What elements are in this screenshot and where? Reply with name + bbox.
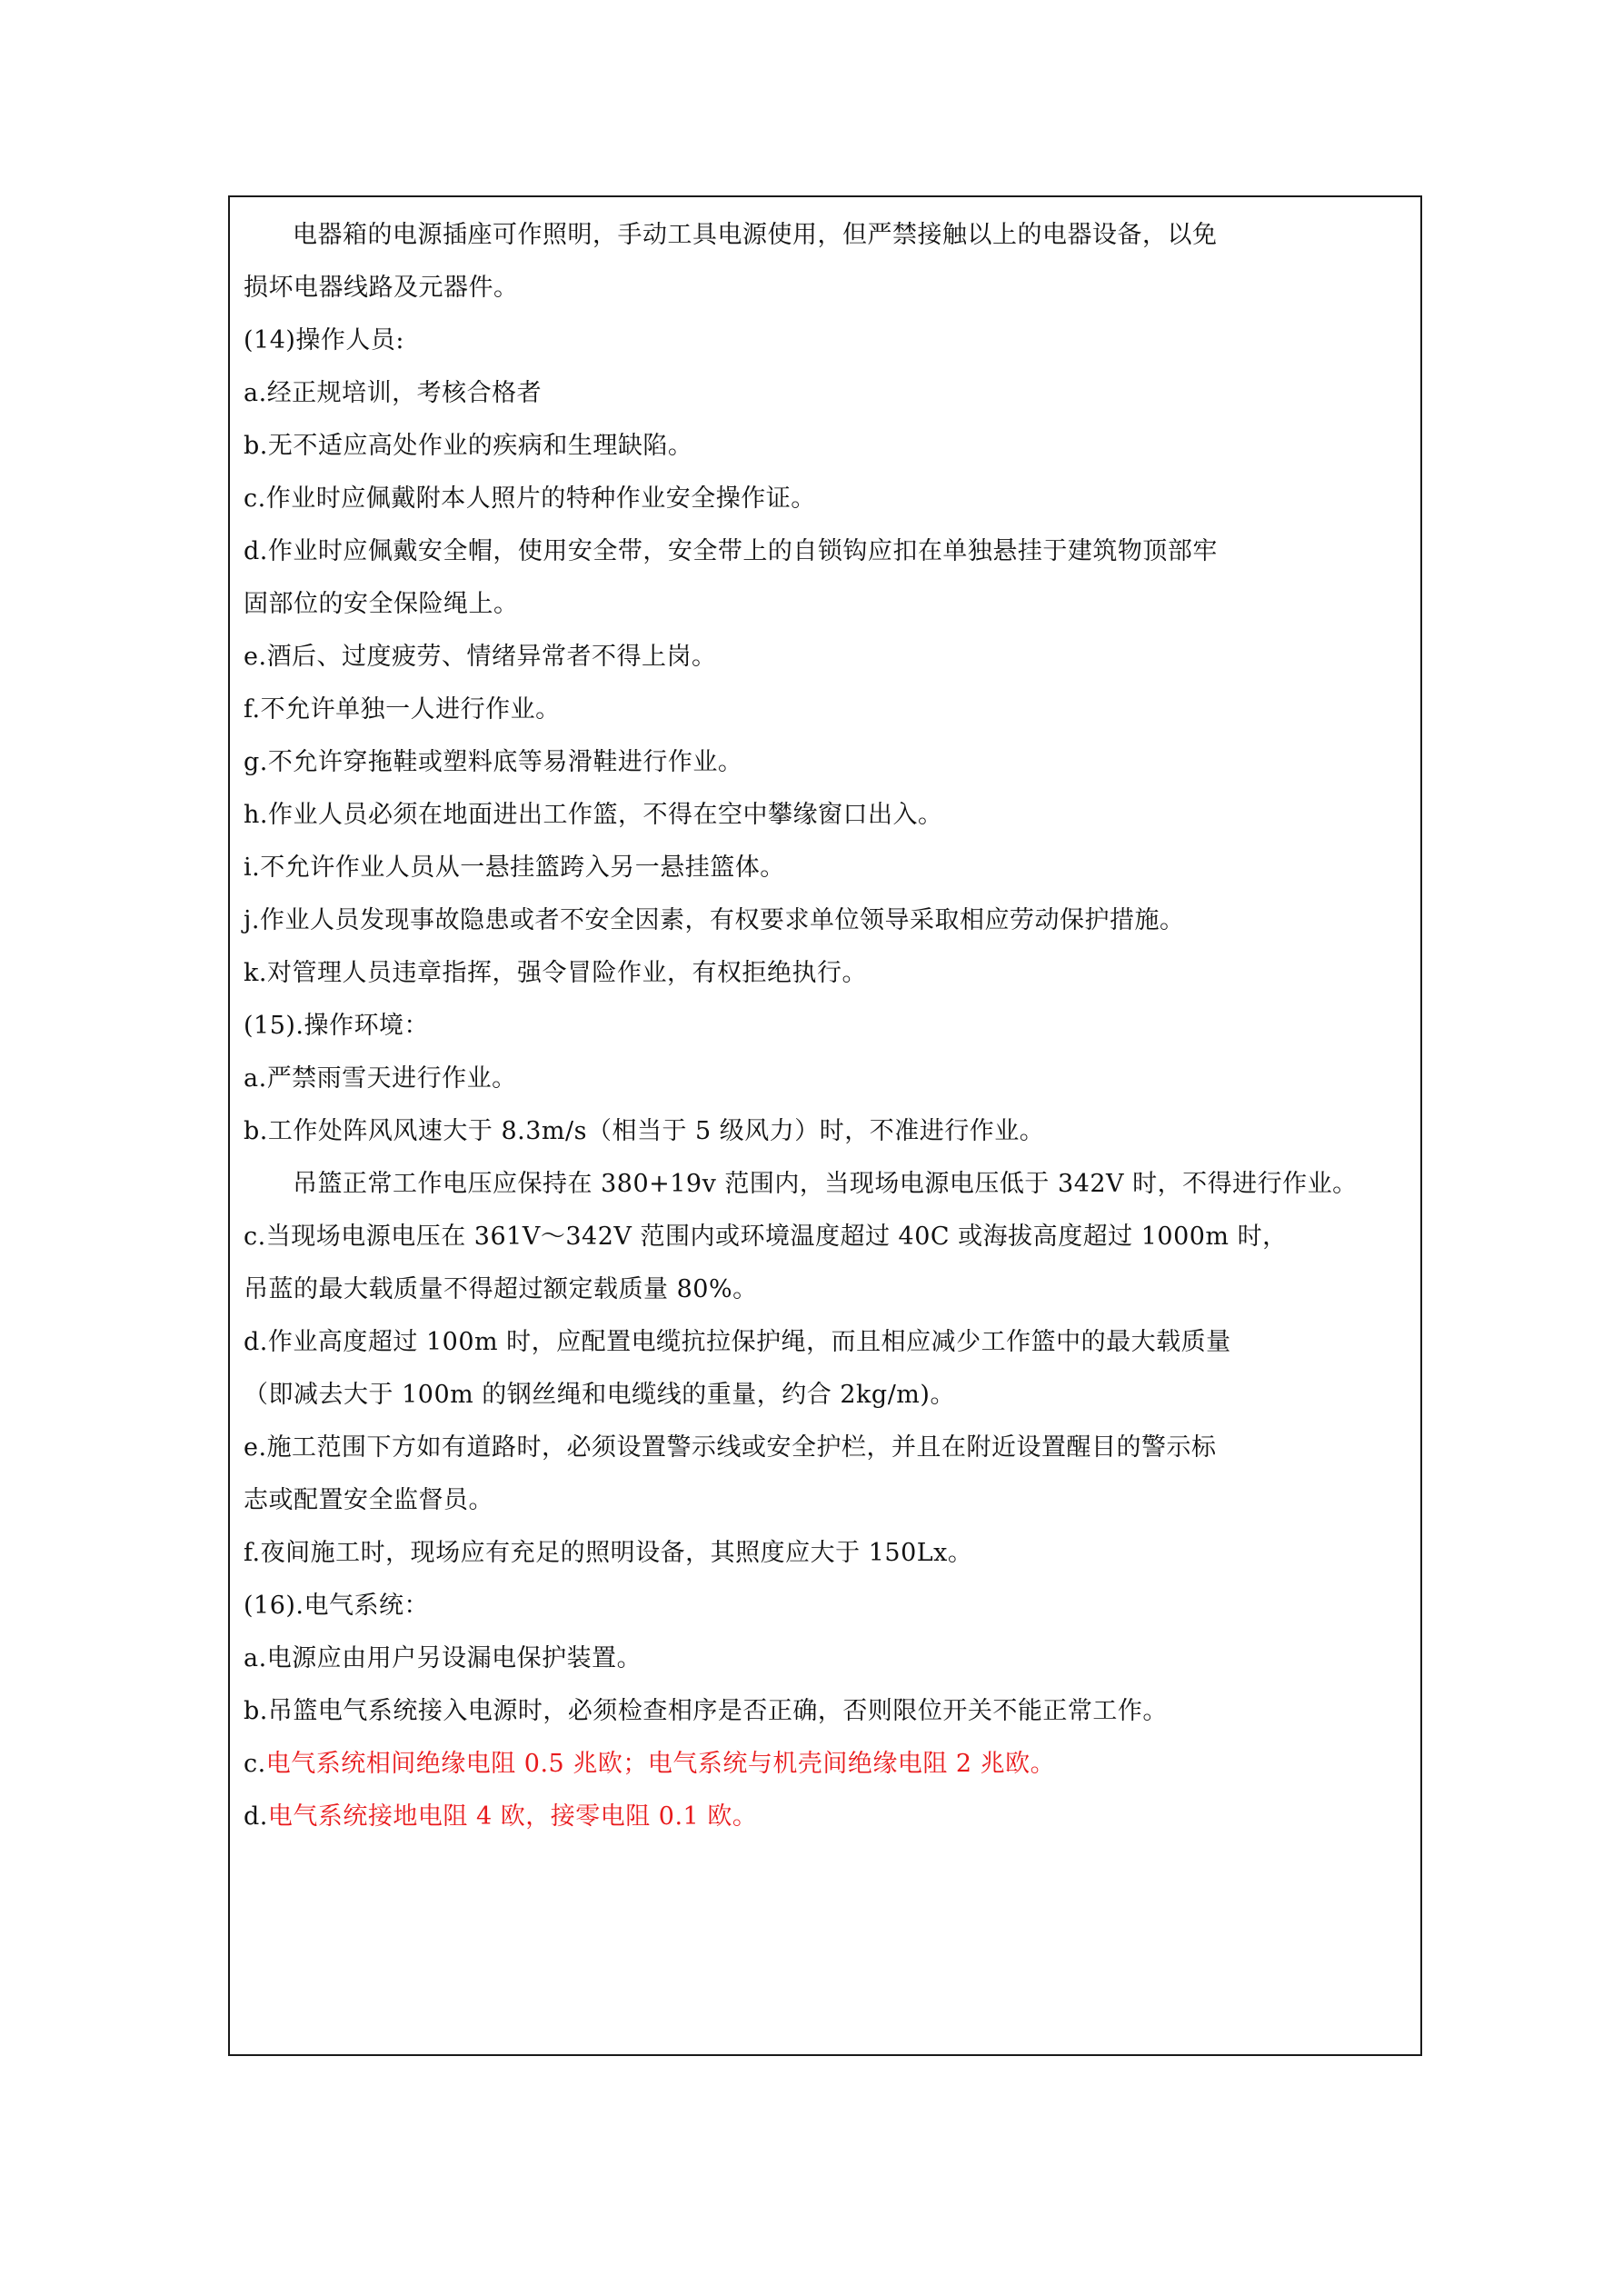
list-item: f.夜间施工时，现场应有充足的照明设备，其照度应大于 150Lx。 xyxy=(244,1532,1416,1585)
line-text: 电器箱的电源插座可作照明，手动工具电源使用，但严禁接触以上的电器设备，以免 xyxy=(293,221,1218,249)
section-heading-14: (14)操作人员: xyxy=(244,320,1416,373)
line-text: 固部位的安全保险绳上。 xyxy=(244,590,519,618)
item-label: c. xyxy=(244,1223,266,1251)
list-item-continuation: 志或配置安全监督员。 xyxy=(244,1480,1416,1532)
line-text: 无不适应高处作业的疾病和生理缺陷。 xyxy=(268,432,693,460)
list-item: k.对管理人员违章指挥，强令冒险作业，有权拒绝执行。 xyxy=(244,953,1416,1005)
line-text: 工作处阵风风速大于 8.3m/s（相当于 5 级风力）时，不准进行作业。 xyxy=(268,1117,1044,1145)
line-text: 经正规培训，考核合格者 xyxy=(267,379,543,407)
line-text: 作业时应佩戴安全帽，使用安全带，安全带上的自锁钩应扣在单独悬挂于建筑物顶部牢 xyxy=(268,537,1218,565)
line-text: 夜间施工时，现场应有充足的照明设备，其照度应大于 150Lx。 xyxy=(261,1539,973,1567)
item-label: d. xyxy=(244,1802,268,1831)
line-text: 不允许穿拖鞋或塑料底等易滑鞋进行作业。 xyxy=(268,748,743,776)
list-item: a.经正规培训，考核合格者 xyxy=(244,373,1416,425)
section-heading-15: (15).操作环境： xyxy=(244,1005,1416,1058)
paragraph-line: 吊篮正常工作电压应保持在 380+19v 范围内，当现场电源电压低于 342V … xyxy=(244,1163,1416,1216)
item-label: b. xyxy=(244,432,268,460)
list-item: d.作业时应佩戴安全帽，使用安全带，安全带上的自锁钩应扣在单独悬挂于建筑物顶部牢 xyxy=(244,531,1416,584)
list-item-highlighted: c.电气系统相间绝缘电阻 0.5 兆欧；电气系统与机壳间绝缘电阻 2 兆欧。 xyxy=(244,1743,1416,1796)
item-label: c. xyxy=(244,1750,266,1778)
highlighted-text: 电气系统相间绝缘电阻 0.5 兆欧；电气系统与机壳间绝缘电阻 2 兆欧。 xyxy=(266,1750,1055,1778)
item-label: f. xyxy=(244,1539,261,1567)
line-text: 酒后、过度疲劳、情绪异常者不得上岗。 xyxy=(267,643,717,671)
line-text: 严禁雨雪天进行作业。 xyxy=(267,1064,517,1093)
item-label: a. xyxy=(244,379,267,407)
line-text: (15).操作环境： xyxy=(244,1012,429,1040)
line-text: （即减去大于 100m 的钢丝绳和电缆线的重量，约合 2kg/m)。 xyxy=(244,1381,955,1409)
list-item: i.不允许作业人员从一悬挂篮跨入另一悬挂篮体。 xyxy=(244,847,1416,900)
line-text: 当现场电源电压在 361V～342V 范围内或环境温度超过 40C 或海拔高度超… xyxy=(266,1223,1288,1251)
item-label: f. xyxy=(244,695,261,724)
list-item: d.作业高度超过 100m 时，应配置电缆抗拉保护绳，而且相应减少工作篮中的最大… xyxy=(244,1322,1416,1374)
line-text: 吊蓝的最大载质量不得超过额定载质量 80%。 xyxy=(244,1275,758,1303)
line-text: 电源应由用户另设漏电保护装置。 xyxy=(267,1644,642,1672)
list-item: j.作业人员发现事故隐患或者不安全因素，有权要求单位领导采取相应劳动保护措施。 xyxy=(244,900,1416,953)
document-body: 电器箱的电源插座可作照明，手动工具电源使用，但严禁接触以上的电器设备，以免 损坏… xyxy=(244,215,1416,1849)
list-item: a.严禁雨雪天进行作业。 xyxy=(244,1058,1416,1111)
item-label: g. xyxy=(244,748,268,776)
list-item-continuation: 固部位的安全保险绳上。 xyxy=(244,584,1416,636)
list-item: e.酒后、过度疲劳、情绪异常者不得上岗。 xyxy=(244,636,1416,689)
list-item-continuation: 吊蓝的最大载质量不得超过额定载质量 80%。 xyxy=(244,1269,1416,1322)
item-label: i. xyxy=(244,854,260,882)
line-text: 作业人员发现事故隐患或者不安全因素，有权要求单位领导采取相应劳动保护措施。 xyxy=(260,906,1185,934)
line-text: 施工范围下方如有道路时，必须设置警示线或安全护栏，并且在附近设置醒目的警示标 xyxy=(267,1433,1217,1462)
list-item: c.当现场电源电压在 361V～342V 范围内或环境温度超过 40C 或海拔高… xyxy=(244,1216,1416,1269)
list-item: b.吊篮电气系统接入电源时，必须检查相序是否正确，否则限位开关不能正常工作。 xyxy=(244,1691,1416,1743)
line-text: 吊篮正常工作电压应保持在 380+19v 范围内，当现场电源电压低于 342V … xyxy=(293,1170,1358,1198)
section-heading-16: (16).电气系统： xyxy=(244,1585,1416,1638)
item-label: a. xyxy=(244,1644,267,1672)
list-item-continuation: （即减去大于 100m 的钢丝绳和电缆线的重量，约合 2kg/m)。 xyxy=(244,1374,1416,1427)
item-label: b. xyxy=(244,1697,268,1725)
item-label: a. xyxy=(244,1064,267,1093)
item-label: e. xyxy=(244,643,267,671)
item-label: k. xyxy=(244,959,267,987)
list-item: f.不允许单独一人进行作业。 xyxy=(244,689,1416,742)
line-text: 吊篮电气系统接入电源时，必须检查相序是否正确，否则限位开关不能正常工作。 xyxy=(268,1697,1168,1725)
line-text: 不允许作业人员从一悬挂篮跨入另一悬挂篮体。 xyxy=(260,854,785,882)
item-label: e. xyxy=(244,1433,267,1462)
paragraph-line: 损坏电器线路及元器件。 xyxy=(244,267,1416,320)
list-item: b.工作处阵风风速大于 8.3m/s（相当于 5 级风力）时，不准进行作业。 xyxy=(244,1111,1416,1163)
list-item: e.施工范围下方如有道路时，必须设置警示线或安全护栏，并且在附近设置醒目的警示标 xyxy=(244,1427,1416,1480)
item-label: j. xyxy=(244,906,260,934)
line-text: 作业高度超过 100m 时，应配置电缆抗拉保护绳，而且相应减少工作篮中的最大载质… xyxy=(268,1328,1231,1356)
list-item: g.不允许穿拖鞋或塑料底等易滑鞋进行作业。 xyxy=(244,742,1416,794)
line-text: 志或配置安全监督员。 xyxy=(244,1486,493,1514)
line-text: 对管理人员违章指挥，强令冒险作业，有权拒绝执行。 xyxy=(267,959,867,987)
list-item: c.作业时应佩戴附本人照片的特种作业安全操作证。 xyxy=(244,478,1416,531)
item-label: d. xyxy=(244,1328,268,1356)
list-item: a.电源应由用户另设漏电保护装置。 xyxy=(244,1638,1416,1691)
item-label: c. xyxy=(244,484,266,513)
list-item: b.无不适应高处作业的疾病和生理缺陷。 xyxy=(244,425,1416,478)
line-text: 作业人员必须在地面进出工作篮，不得在空中攀缘窗口出入。 xyxy=(268,801,943,829)
item-label: b. xyxy=(244,1117,268,1145)
line-text: 损坏电器线路及元器件。 xyxy=(244,274,519,302)
list-item: h.作业人员必须在地面进出工作篮，不得在空中攀缘窗口出入。 xyxy=(244,794,1416,847)
paragraph-line: 电器箱的电源插座可作照明，手动工具电源使用，但严禁接触以上的电器设备，以免 xyxy=(244,215,1416,267)
list-item-highlighted: d.电气系统接地电阻 4 欧，接零电阻 0.1 欧。 xyxy=(244,1796,1416,1849)
line-text: 不允许单独一人进行作业。 xyxy=(261,695,561,724)
item-label: d. xyxy=(244,537,268,565)
item-label: h. xyxy=(244,801,268,829)
highlighted-text: 电气系统接地电阻 4 欧，接零电阻 0.1 欧。 xyxy=(268,1802,757,1831)
line-text: 作业时应佩戴附本人照片的特种作业安全操作证。 xyxy=(266,484,816,513)
line-text: (14)操作人员: xyxy=(244,326,404,354)
line-text: (16).电气系统： xyxy=(244,1592,429,1620)
